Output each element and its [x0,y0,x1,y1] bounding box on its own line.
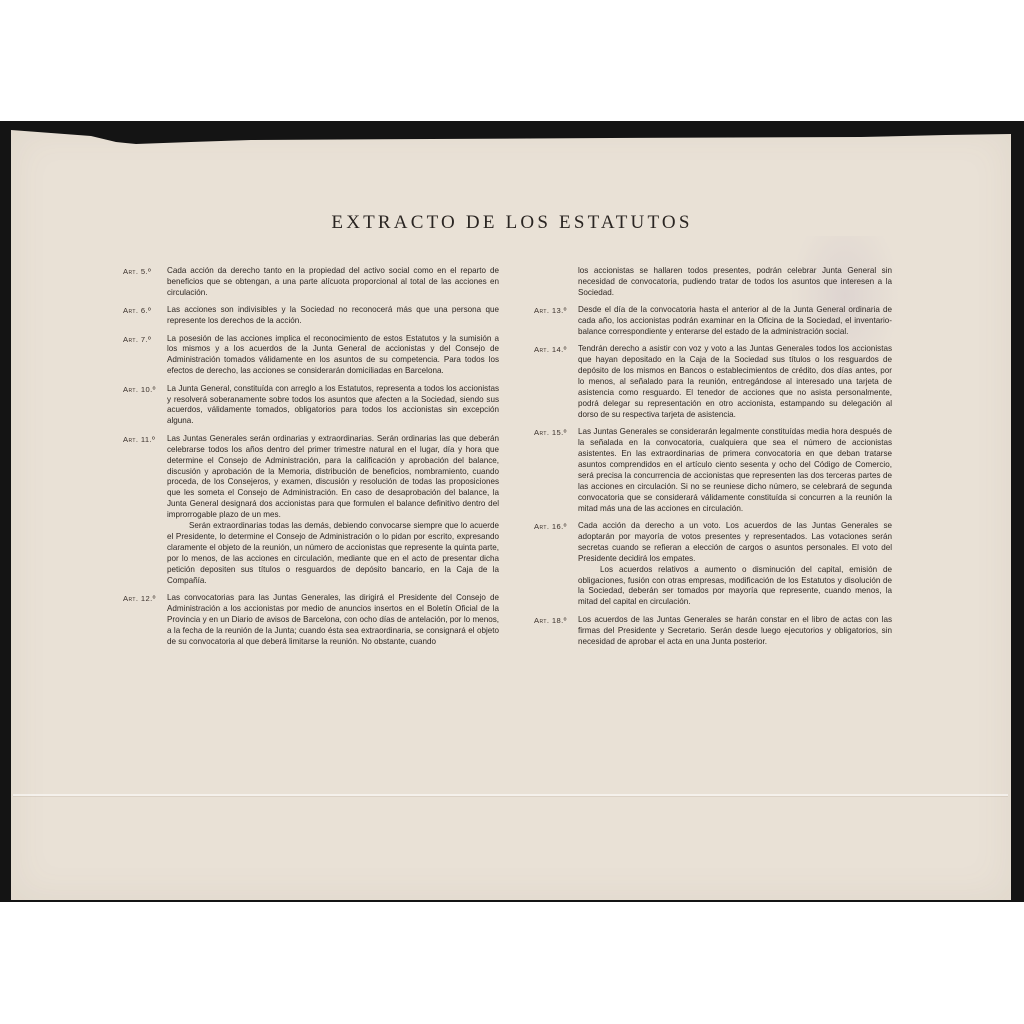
article-number: Art. 12.º [123,593,167,648]
article-number: Art. 6.º [123,305,167,327]
article-paragraph: Las convocatorias para las Juntas Genera… [167,593,499,648]
continued-paragraph: los accionistas se hallaren todos presen… [534,266,892,299]
fold-shadow [13,796,1008,797]
article-paragraph: La Junta General, constituída con arregl… [167,384,499,428]
article-paragraph: Las Juntas Generales se considerarán leg… [578,427,892,514]
article-number: Art. 7.º [123,334,167,378]
article-body: Tendrán derecho a asistir con voz y voto… [578,344,892,420]
article: Art. 16.ºCada acción da derecho a un vot… [534,521,892,608]
article-paragraph: La posesión de las acciones implica el r… [167,334,499,378]
article: Art. 15.ºLas Juntas Generales se conside… [534,427,892,514]
article-paragraph: Cada acción da derecho a un voto. Los ac… [578,521,892,565]
article: Art. 14.ºTendrán derecho a asistir con v… [534,344,892,420]
article-number: Art. 11.º [123,434,167,587]
article: Art. 10.ºLa Junta General, constituída c… [123,384,499,428]
article: Art. 18.ºLos acuerdos de las Juntas Gene… [534,615,892,648]
article-number: Art. 14.º [534,344,578,420]
article: Art. 6.ºLas acciones son indivisibles y … [123,305,499,327]
article-body: Los acuerdos de las Juntas Generales se … [578,615,892,648]
continued-text: los accionistas se hallaren todos presen… [578,266,892,299]
article-number: Art. 15.º [534,427,578,514]
article-body: Las Juntas Generales se considerarán leg… [578,427,892,514]
article-paragraph: Los acuerdos de las Juntas Generales se … [578,615,892,648]
article-number: Art. 5.º [123,266,167,299]
article-body: La posesión de las acciones implica el r… [167,334,499,378]
article: Art. 13.ºDesde el día de la convocatoria… [534,305,892,338]
article-body: Cada acción da derecho a un voto. Los ac… [578,521,892,608]
article-body: Desde el día de la convocatoria hasta el… [578,305,892,338]
article-paragraph: Tendrán derecho a asistir con voz y voto… [578,344,892,420]
article: Art. 7.ºLa posesión de las acciones impl… [123,334,499,378]
article-body: Las acciones son indivisibles y la Socie… [167,305,499,327]
article: Art. 12.ºLas convocatorias para las Junt… [123,593,499,648]
article-number: Art. 13.º [534,305,578,338]
article-number: Art. 16.º [534,521,578,608]
article-paragraph: Las acciones son indivisibles y la Socie… [167,305,499,327]
article-body: Las convocatorias para las Juntas Genera… [167,593,499,648]
page-title: EXTRACTO DE LOS ESTATUTOS [0,212,1024,234]
article-body: Cada acción da derecho tanto en la propi… [167,266,499,299]
article-paragraph: Los acuerdos relativos a aumento o dismi… [578,565,892,609]
left-column: Art. 5.ºCada acción da derecho tanto en … [123,266,499,654]
article-paragraph: Serán extraordinarias todas las demás, d… [167,521,499,586]
article: Art. 5.ºCada acción da derecho tanto en … [123,266,499,299]
article-body: Las Juntas Generales serán ordinarias y … [167,434,499,587]
article: Art. 11.ºLas Juntas Generales serán ordi… [123,434,499,587]
article-number: Art. 10.º [123,384,167,428]
right-column: los accionistas se hallaren todos presen… [534,266,892,654]
article-paragraph: Las Juntas Generales serán ordinarias y … [167,434,499,521]
article-number: Art. 18.º [534,615,578,648]
article-paragraph: Cada acción da derecho tanto en la propi… [167,266,499,299]
article-paragraph: Desde el día de la convocatoria hasta el… [578,305,892,338]
article-body: La Junta General, constituída con arregl… [167,384,499,428]
